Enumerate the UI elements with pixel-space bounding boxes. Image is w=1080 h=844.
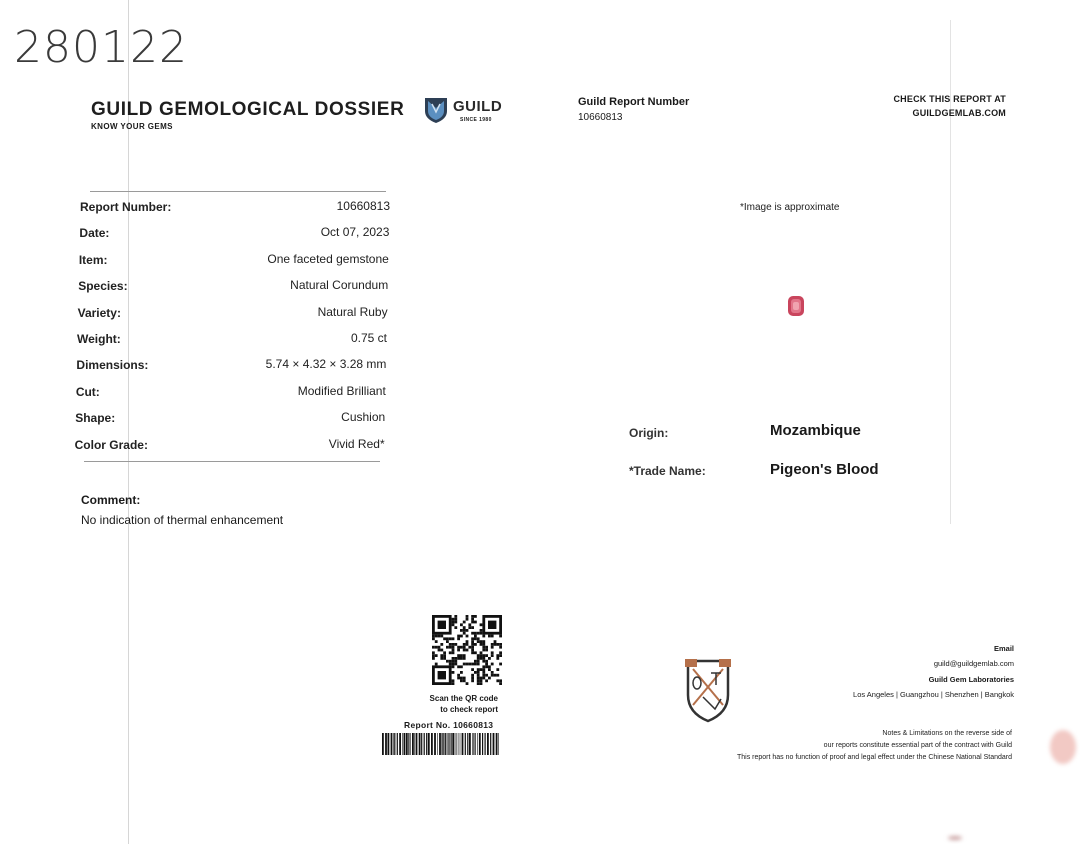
logo-wordmark: GUILD bbox=[453, 98, 502, 115]
guild-crest-icon bbox=[683, 655, 733, 723]
detail-label: Color Grade: bbox=[75, 438, 148, 452]
origin-label: Origin: bbox=[629, 426, 668, 440]
detail-value: One faceted gemstone bbox=[267, 252, 388, 266]
details-bottom-rule bbox=[84, 461, 380, 462]
comment-label: Comment: bbox=[81, 493, 140, 507]
detail-row: Color Grade:Vivid Red* bbox=[75, 436, 385, 462]
email-link[interactable]: guild@guildgemlab.com bbox=[853, 656, 1014, 671]
detail-value: Cushion bbox=[341, 410, 385, 424]
photo-artifact bbox=[1050, 730, 1076, 764]
photo-artifact bbox=[948, 836, 962, 840]
detail-row: Date:Oct 07, 2023 bbox=[79, 224, 389, 250]
qr-caption-line-1: Scan the QR code bbox=[400, 693, 498, 704]
photo-stamp-number: 280122 bbox=[14, 22, 188, 73]
detail-label: Report Number: bbox=[80, 200, 171, 214]
detail-label: Dimensions: bbox=[76, 358, 148, 372]
detail-label: Cut: bbox=[76, 385, 100, 399]
detail-value: 10660813 bbox=[337, 199, 390, 213]
detail-value: Modified Brilliant bbox=[298, 384, 386, 398]
lab-contact-block: Email guild@guildgemlab.com Guild Gem La… bbox=[853, 641, 1014, 702]
image-approx-note: *Image is approximate bbox=[740, 202, 840, 213]
qr-code[interactable] bbox=[432, 615, 502, 685]
detail-row: Weight:0.75 ct bbox=[77, 330, 387, 356]
detail-row: Item:One faceted gemstone bbox=[79, 251, 389, 277]
qr-report-number: Report No. 10660813 bbox=[404, 720, 493, 730]
origin-value: Mozambique bbox=[770, 422, 861, 439]
detail-value: 5.74 × 4.32 × 3.28 mm bbox=[266, 357, 387, 371]
detail-row: Shape:Cushion bbox=[75, 409, 385, 435]
email-label: Email bbox=[853, 641, 1014, 656]
note-line: This report has no function of proof and… bbox=[737, 752, 1012, 764]
detail-value: Oct 07, 2023 bbox=[321, 225, 390, 239]
note-line: our reports constitute essential part of… bbox=[737, 740, 1012, 752]
guild-report-number-value: 10660813 bbox=[578, 112, 623, 123]
verify-website-link[interactable]: GUILDGEMLAB.COM bbox=[893, 106, 1006, 120]
detail-label: Species: bbox=[78, 279, 127, 293]
detail-label: Date: bbox=[79, 226, 109, 240]
detail-label: Item: bbox=[79, 253, 108, 267]
detail-value: Natural Corundum bbox=[290, 278, 388, 292]
detail-value: 0.75 ct bbox=[351, 331, 387, 345]
qr-caption: Scan the QR code to check report bbox=[400, 693, 498, 715]
gem-details-table: Report Number:10660813Date:Oct 07, 2023I… bbox=[80, 198, 390, 462]
detail-label: Variety: bbox=[78, 306, 121, 320]
guild-shield-icon bbox=[424, 96, 448, 124]
lab-locations: Los Angeles | Guangzhou | Shenzhen | Ban… bbox=[853, 687, 1014, 702]
verify-line-1: CHECK THIS REPORT AT bbox=[893, 92, 1006, 106]
qr-caption-line-2: to check report bbox=[400, 704, 498, 715]
guild-report-number-label: Guild Report Number bbox=[578, 96, 689, 108]
detail-value: Natural Ruby bbox=[318, 305, 388, 319]
detail-row: Dimensions:5.74 × 4.32 × 3.28 mm bbox=[76, 356, 386, 382]
document-subtitle: KNOW YOUR GEMS bbox=[91, 122, 173, 131]
verify-report-notice: CHECK THIS REPORT AT GUILDGEMLAB.COM bbox=[893, 92, 1006, 120]
note-line: Notes & Limitations on the reverse side … bbox=[737, 728, 1012, 740]
detail-label: Weight: bbox=[77, 332, 121, 346]
gemstone-image bbox=[787, 295, 805, 317]
barcode bbox=[382, 733, 500, 755]
comment-value: No indication of thermal enhancement bbox=[81, 513, 283, 527]
lab-name: Guild Gem Laboratories bbox=[853, 672, 1014, 687]
disclaimer-notes: Notes & Limitations on the reverse side … bbox=[737, 728, 1012, 764]
detail-label: Shape: bbox=[75, 411, 115, 425]
detail-row: Variety:Natural Ruby bbox=[78, 304, 388, 330]
detail-row: Report Number:10660813 bbox=[80, 198, 390, 224]
details-top-rule bbox=[90, 191, 386, 192]
detail-row: Species:Natural Corundum bbox=[78, 277, 388, 303]
trade-name-value: Pigeon's Blood bbox=[770, 461, 879, 478]
guild-logo: GUILD SINCE 1980 bbox=[424, 96, 514, 128]
logo-since: SINCE 1980 bbox=[460, 117, 492, 123]
detail-value: Vivid Red* bbox=[329, 437, 385, 451]
trade-name-label: *Trade Name: bbox=[629, 464, 706, 478]
document-title: GUILD GEMOLOGICAL DOSSIER bbox=[91, 99, 404, 121]
detail-row: Cut:Modified Brilliant bbox=[76, 383, 386, 409]
